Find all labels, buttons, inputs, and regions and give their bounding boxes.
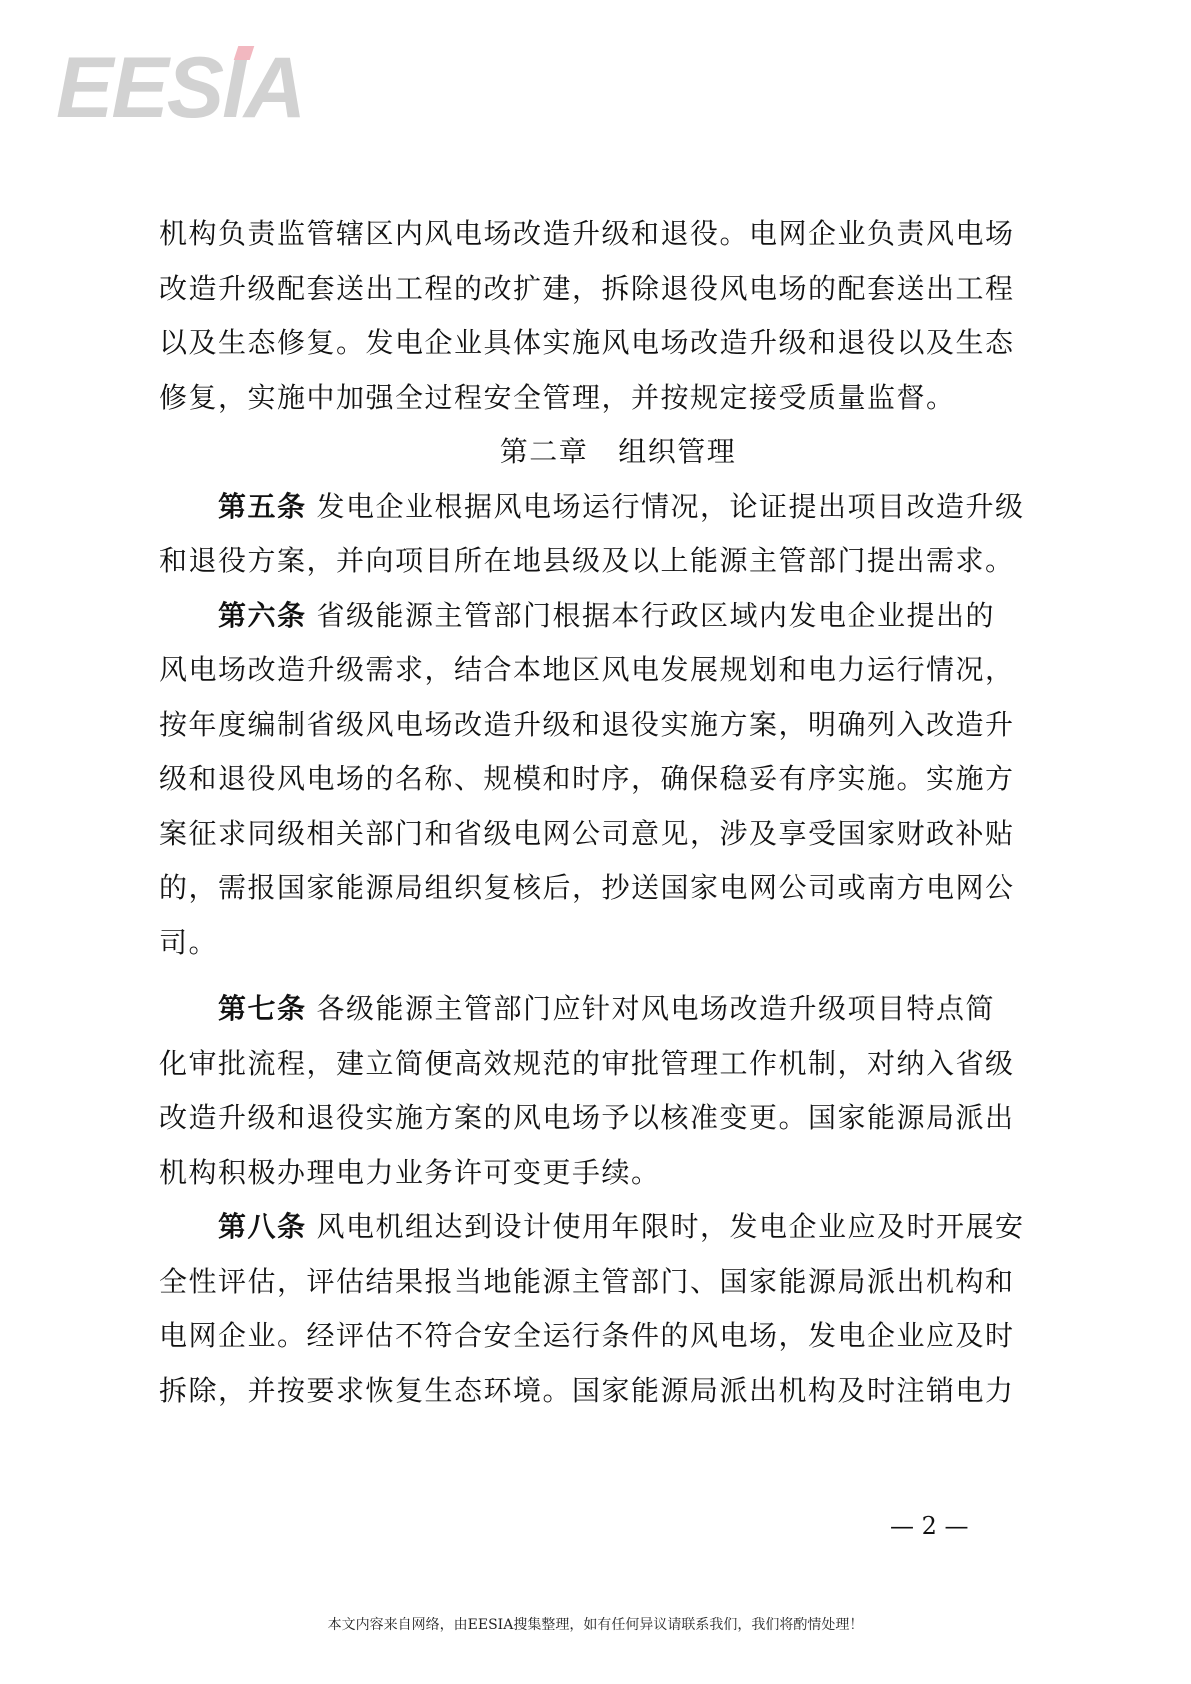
text-line: 级和退役风电场的名称、规模和时序，确保稳妥有序实施。实施方 bbox=[159, 752, 1047, 807]
article-first-line: 第七条各级能源主管部门应针对风电场改造升级项目特点简 bbox=[159, 982, 1047, 1037]
article-6: 第六条省级能源主管部门根据本行政区域内发电企业提出的 风电场改造升级需求，结合本… bbox=[159, 589, 1047, 971]
text-line: 全性评估，评估结果报当地能源主管部门、国家能源局派出机构和 bbox=[159, 1255, 1047, 1310]
article-text: 各级能源主管部门应针对风电场改造升级项目特点简 bbox=[317, 992, 996, 1025]
eesia-logo: EESIA bbox=[56, 52, 304, 124]
article-label: 第五条 bbox=[218, 490, 307, 523]
article-5: 第五条发电企业根据风电场运行情况，论证提出项目改造升级 和退役方案，并向项目所在… bbox=[159, 480, 1047, 589]
text-line: 风电场改造升级需求，结合本地区风电发展规划和电力运行情况， bbox=[159, 643, 1047, 698]
article-first-line: 第八条风电机组达到设计使用年限时，发电企业应及时开展安 bbox=[159, 1200, 1047, 1255]
text-line: 司。 bbox=[159, 916, 1047, 971]
text-line: 改造升级和退役实施方案的风电场予以核准变更。国家能源局派出 bbox=[159, 1091, 1047, 1146]
article-first-line: 第六条省级能源主管部门根据本行政区域内发电企业提出的 bbox=[159, 589, 1047, 644]
page-number: — 2 — bbox=[890, 1512, 969, 1540]
chapter-number: 第二章 bbox=[500, 435, 589, 468]
text-line: 化审批流程，建立简便高效规范的审批管理工作机制，对纳入省级 bbox=[159, 1037, 1047, 1092]
paragraph-continuation: 机构负责监管辖区内风电场改造升级和退役。电网企业负责风电场 改造升级配套送出工程… bbox=[159, 207, 1047, 425]
text-line: 拆除，并按要求恢复生态环境。国家能源局派出机构及时注销电力 bbox=[159, 1364, 1047, 1419]
text-line: 按年度编制省级风电场改造升级和退役实施方案，明确列入改造升 bbox=[159, 698, 1047, 753]
article-label: 第八条 bbox=[218, 1210, 307, 1243]
logo-text-a: A bbox=[244, 40, 304, 136]
document-body: 机构负责监管辖区内风电场改造升级和退役。电网企业负责风电场 改造升级配套送出工程… bbox=[159, 207, 1047, 1418]
text-line: 电网企业。经评估不符合安全运行条件的风电场，发电企业应及时 bbox=[159, 1309, 1047, 1364]
text-line: 案征求同级相关部门和省级电网公司意见，涉及享受国家财政补贴 bbox=[159, 807, 1047, 862]
logo-letter-i: I bbox=[222, 52, 244, 124]
text-line: 修复，实施中加强全过程安全管理，并按规定接受质量监督。 bbox=[159, 371, 1047, 426]
article-first-line: 第五条发电企业根据风电场运行情况，论证提出项目改造升级 bbox=[159, 480, 1047, 535]
article-text: 风电机组达到设计使用年限时，发电企业应及时开展安 bbox=[317, 1210, 1025, 1243]
text-line: 机构积极办理电力业务许可变更手续。 bbox=[159, 1146, 1047, 1201]
chapter-heading: 第二章组织管理 bbox=[159, 425, 1047, 480]
article-8: 第八条风电机组达到设计使用年限时，发电企业应及时开展安 全性评估，评估结果报当地… bbox=[159, 1200, 1047, 1418]
article-text: 发电企业根据风电场运行情况，论证提出项目改造升级 bbox=[317, 490, 1025, 523]
article-7: 第七条各级能源主管部门应针对风电场改造升级项目特点简 化审批流程，建立简便高效规… bbox=[159, 982, 1047, 1200]
footer-disclaimer: 本文内容来自网络，由EESIA搜集整理，如有任何异议请联系我们，我们将酌情处理！ bbox=[0, 1614, 1191, 1634]
text-line: 和退役方案，并向项目所在地县级及以上能源主管部门提出需求。 bbox=[159, 534, 1047, 589]
article-text: 省级能源主管部门根据本行政区域内发电企业提出的 bbox=[317, 599, 996, 632]
article-label: 第七条 bbox=[218, 992, 307, 1025]
text-line: 的，需报国家能源局组织复核后，抄送国家电网公司或南方电网公 bbox=[159, 861, 1047, 916]
text-line: 机构负责监管辖区内风电场改造升级和退役。电网企业负责风电场 bbox=[159, 207, 1047, 262]
text-line: 以及生态修复。发电企业具体实施风电场改造升级和退役以及生态 bbox=[159, 316, 1047, 371]
article-label: 第六条 bbox=[218, 599, 307, 632]
text-line: 改造升级配套送出工程的改扩建，拆除退役风电场的配套送出工程 bbox=[159, 262, 1047, 317]
chapter-title: 组织管理 bbox=[618, 435, 736, 468]
logo-text-ees: EES bbox=[56, 40, 222, 136]
